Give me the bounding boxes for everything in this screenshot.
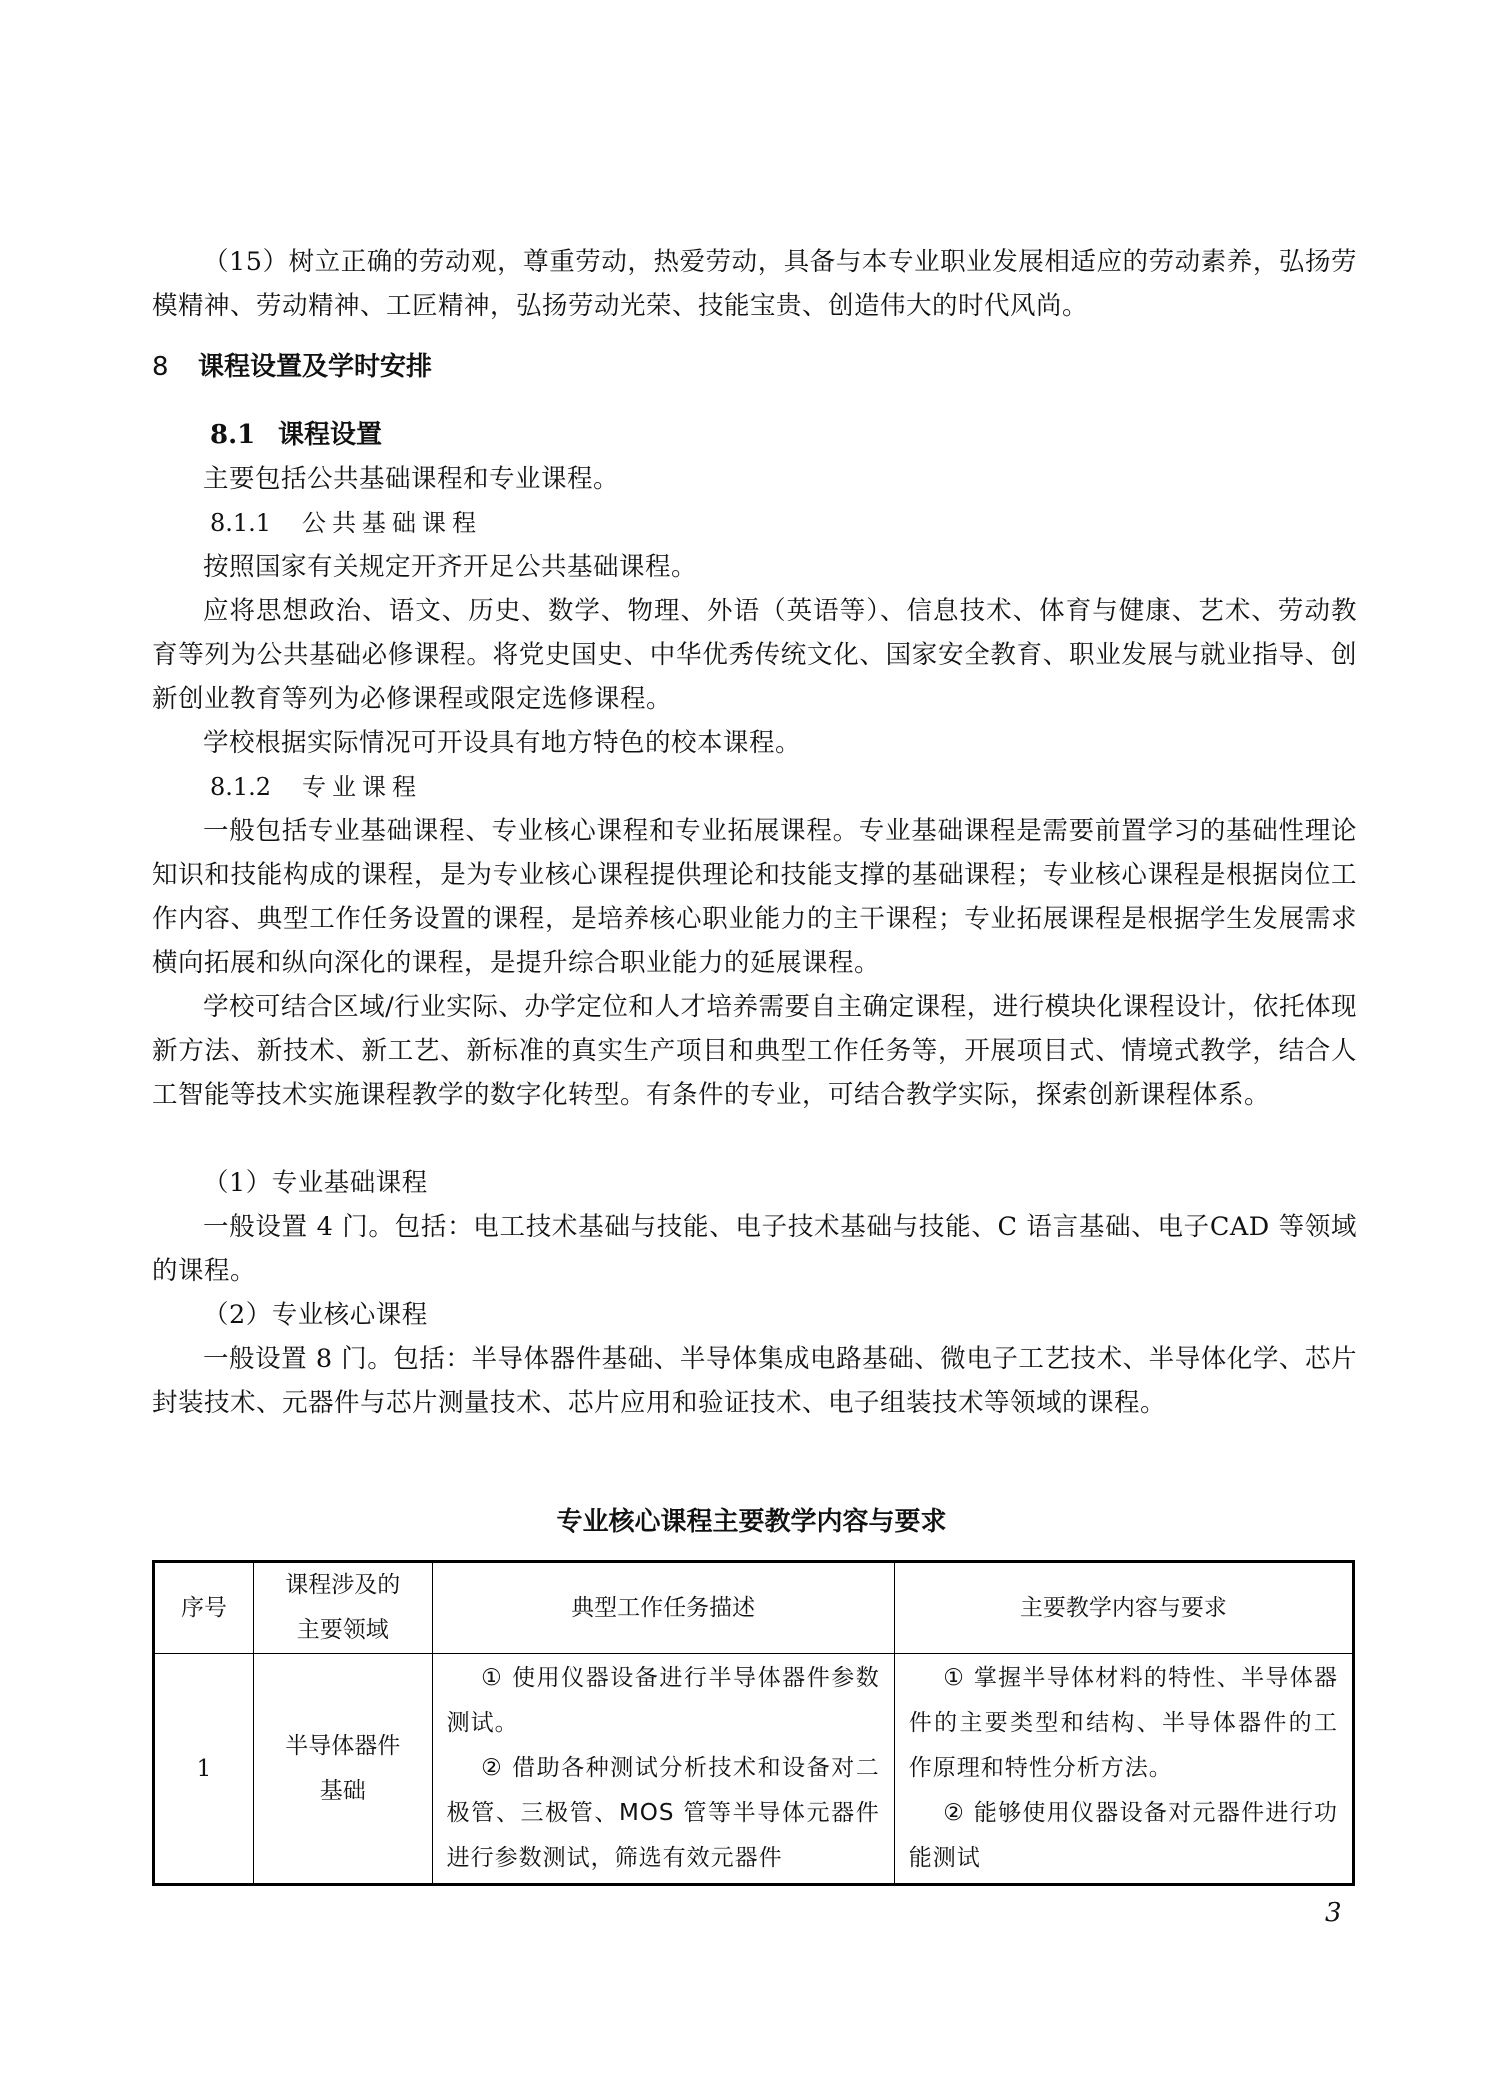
section-number: 8.1 <box>210 413 278 457</box>
document-page: （15）树立正确的劳动观，尊重劳动，热爱劳动，具备与本专业职业发展相适应的劳动素… <box>0 0 1503 2094</box>
header-area: 课程涉及的 主要领域 <box>254 1562 433 1654</box>
section-heading-8-1: 8.1课程设置 <box>210 413 382 457</box>
task-item: ② 借助各种测试分析技术和设备对二极管、三极管、MOS 管等半导体元器件进行参数… <box>447 1746 880 1881</box>
header-tasks: 典型工作任务描述 <box>432 1562 894 1654</box>
section-title: 专业课程 <box>302 773 422 801</box>
task-item: ① 使用仪器设备进行半导体器件参数测试。 <box>447 1656 880 1746</box>
requirement-item: ② 能够使用仪器设备对元器件进行功能测试 <box>909 1791 1338 1881</box>
paragraph-8-1-2-a: 一般包括专业基础课程、专业核心课程和专业拓展课程。专业基础课程是需要前置学习的基… <box>152 809 1357 985</box>
paragraph-sub1: 一般设置 4 门。包括：电工技术基础与技能、电子技术基础与技能、C 语言基础、电… <box>152 1205 1357 1293</box>
section-title: 课程设置及学时安排 <box>198 352 432 382</box>
header-requirements: 主要教学内容与要求 <box>894 1562 1353 1654</box>
table-header-row: 序号 课程涉及的 主要领域 典型工作任务描述 主要教学内容与要求 <box>154 1562 1354 1654</box>
paragraph-item-15: （15）树立正确的劳动观，尊重劳动，热爱劳动，具备与本专业职业发展相适应的劳动素… <box>152 240 1357 328</box>
header-area-line2: 主要领域 <box>254 1608 432 1653</box>
requirement-item: ① 掌握半导体材料的特性、半导体器件的主要类型和结构、半导体器件的工作原理和特性… <box>909 1656 1338 1791</box>
core-course-table: 序号 课程涉及的 主要领域 典型工作任务描述 主要教学内容与要求 1 半导体器件… <box>152 1560 1355 1886</box>
section-heading-8-1-2: 8.1.2专业课程 <box>210 765 422 809</box>
section-title: 课程设置 <box>278 420 382 450</box>
section-title: 公共基础课程 <box>302 509 482 537</box>
cell-area-line2: 基础 <box>254 1769 432 1814</box>
section-heading-8-1-1: 8.1.1公共基础课程 <box>210 501 482 545</box>
cell-area: 半导体器件 基础 <box>254 1654 433 1885</box>
header-area-line1: 课程涉及的 <box>254 1563 432 1608</box>
section-heading-8: 8课程设置及学时安排 <box>152 345 432 389</box>
section-number: 8.1.1 <box>210 501 302 545</box>
cell-area-line1: 半导体器件 <box>254 1724 432 1769</box>
section-number: 8.1.2 <box>210 765 302 809</box>
subsection-title-1: （1）专业基础课程 <box>152 1161 1357 1205</box>
table-row: 1 半导体器件 基础 ① 使用仪器设备进行半导体器件参数测试。 ② 借助各种测试… <box>154 1654 1354 1885</box>
header-index: 序号 <box>154 1562 254 1654</box>
cell-index: 1 <box>154 1654 254 1885</box>
table-caption: 专业核心课程主要教学内容与要求 <box>0 1502 1503 1542</box>
cell-requirements: ① 掌握半导体材料的特性、半导体器件的主要类型和结构、半导体器件的工作原理和特性… <box>894 1654 1353 1885</box>
section-number: 8 <box>152 345 198 389</box>
paragraph-8-1-1-a: 按照国家有关规定开齐开足公共基础课程。 <box>152 545 1357 589</box>
paragraph-8-1-2-b: 学校可结合区域/行业实际、办学定位和人才培养需要自主确定课程，进行模块化课程设计… <box>152 985 1357 1117</box>
subsection-title-2: （2）专业核心课程 <box>152 1293 1357 1337</box>
page-number: 3 <box>1325 1898 1342 1928</box>
paragraph-sub2: 一般设置 8 门。包括：半导体器件基础、半导体集成电路基础、微电子工艺技术、半导… <box>152 1337 1357 1425</box>
paragraph-intro-8-1: 主要包括公共基础课程和专业课程。 <box>152 457 1357 501</box>
paragraph-8-1-1-b: 应将思想政治、语文、历史、数学、物理、外语（英语等）、信息技术、体育与健康、艺术… <box>152 589 1357 721</box>
cell-tasks: ① 使用仪器设备进行半导体器件参数测试。 ② 借助各种测试分析技术和设备对二极管… <box>432 1654 894 1885</box>
paragraph-8-1-1-c: 学校根据实际情况可开设具有地方特色的校本课程。 <box>152 721 1357 765</box>
